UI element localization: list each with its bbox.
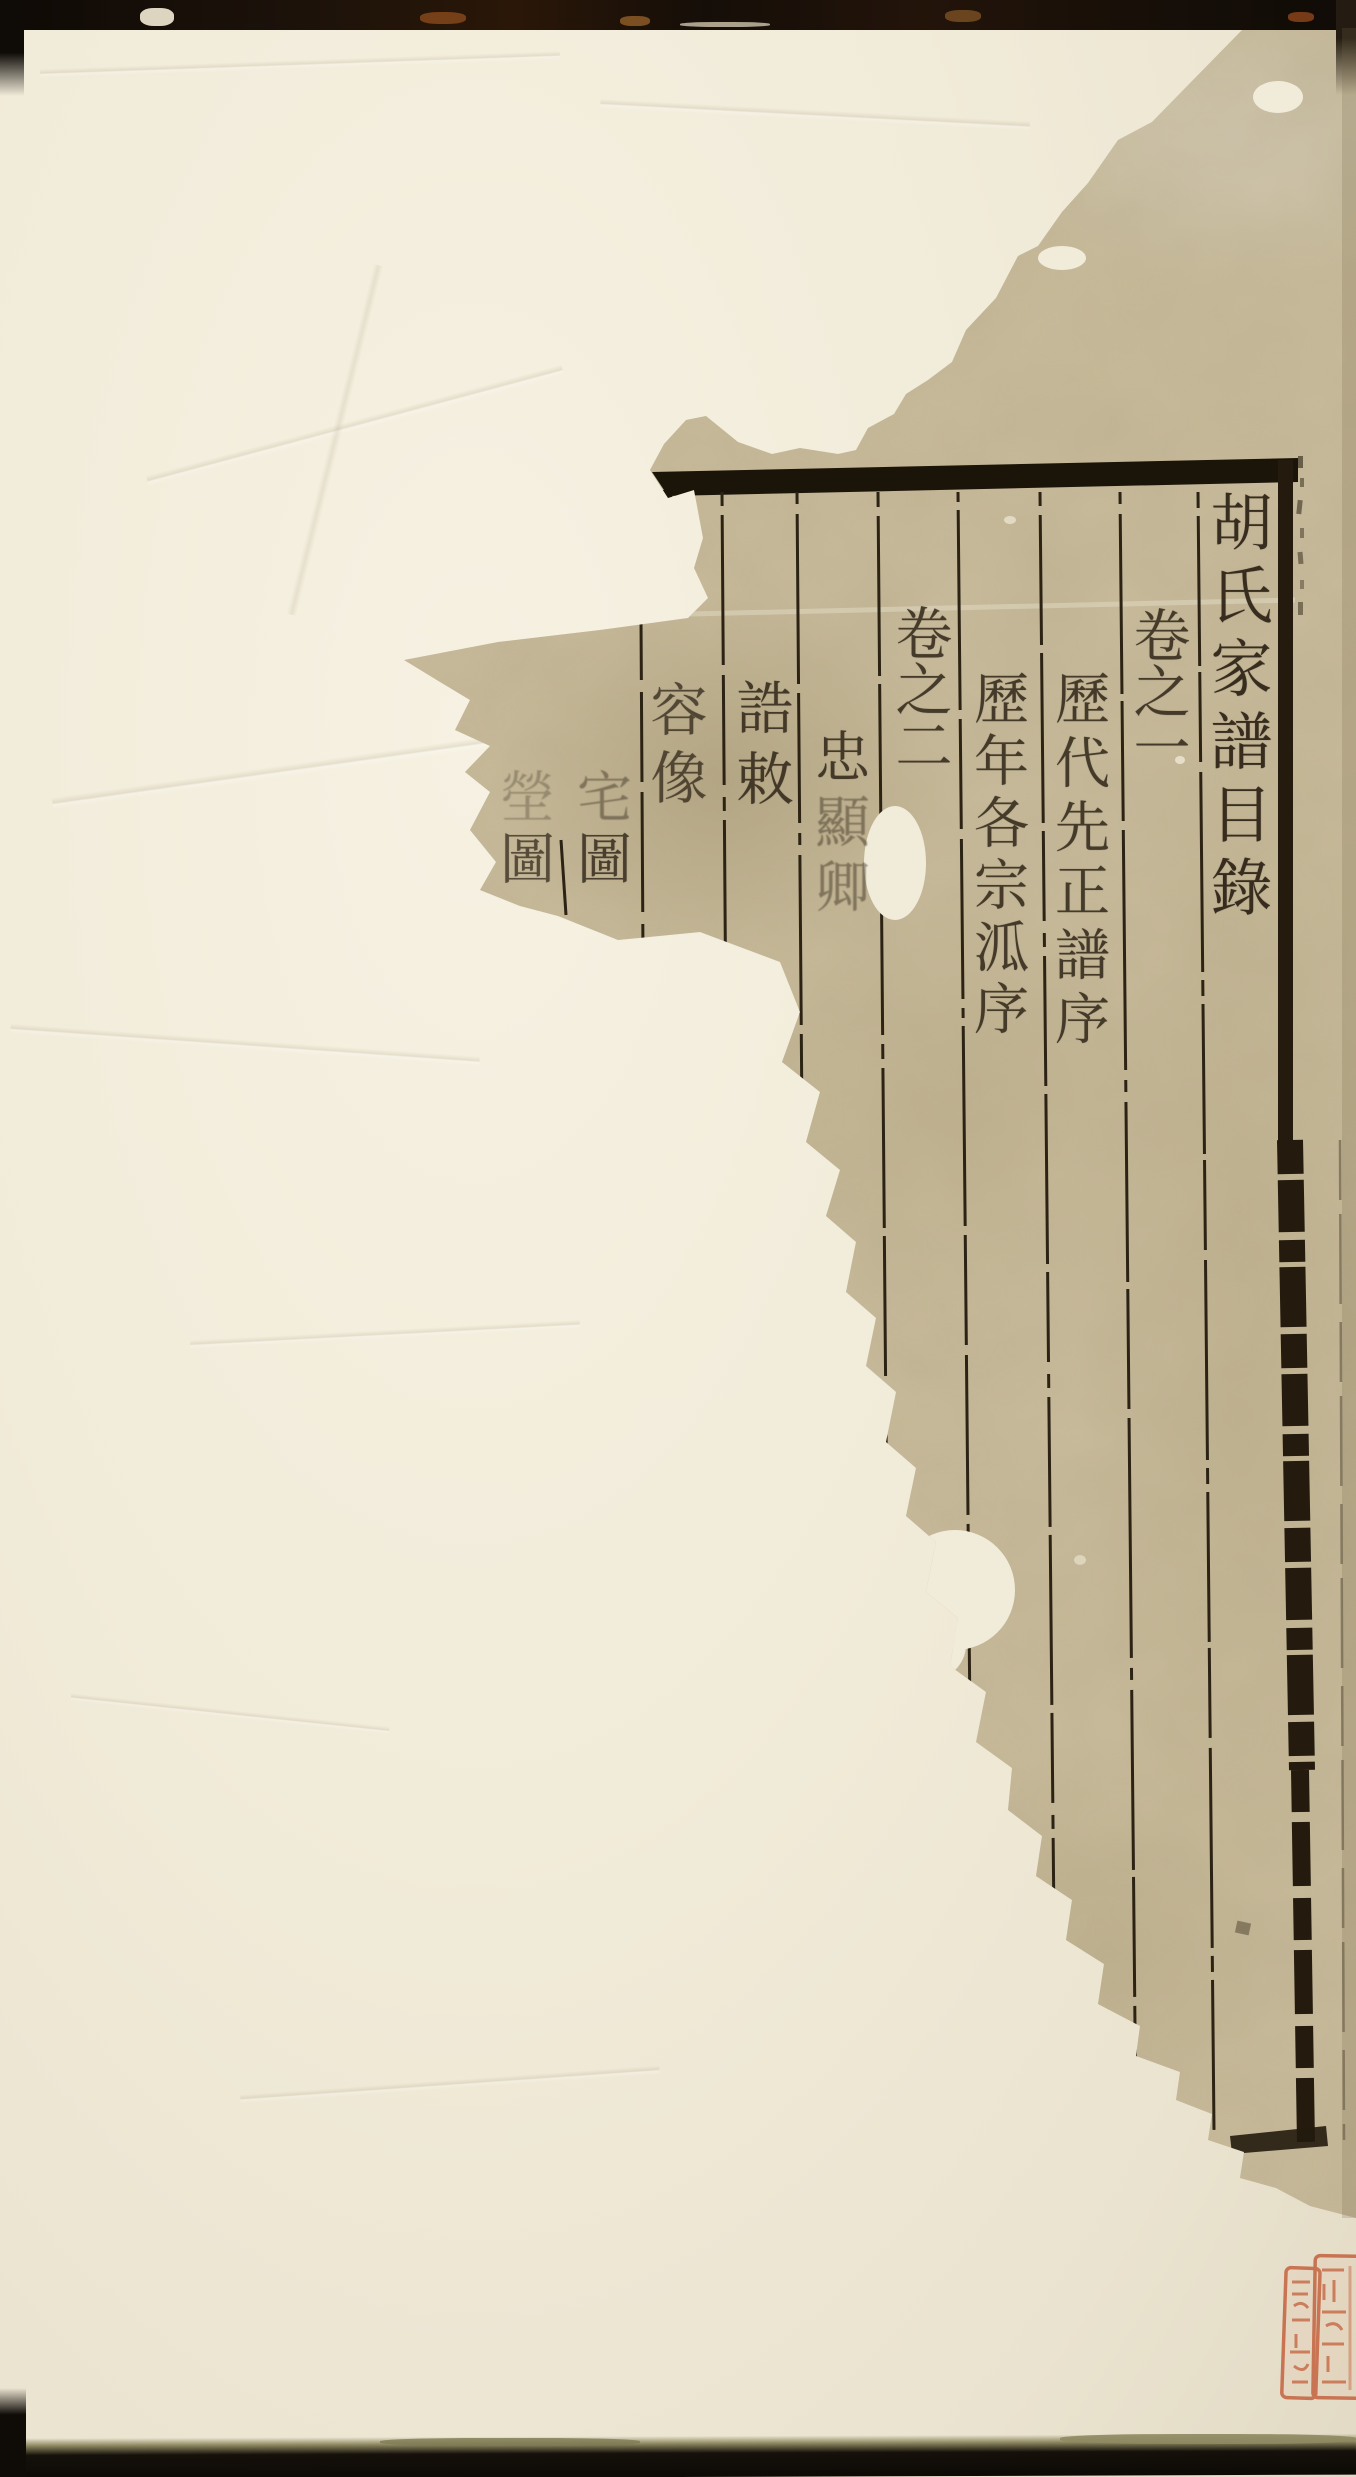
book-title-column: 胡氏家譜目錄 [1205,490,1267,928]
binding-speck [420,12,466,24]
toc-entry-gaochi: 誥敕 [731,678,788,820]
toc-entry-linian-gezong-paixu: 歷年各宗泒序 [969,670,1024,1042]
book-title-text: 胡氏家譜目錄 [1200,490,1273,928]
page-fragment-art [0,0,1356,2477]
scanned-page: 胡氏家譜目錄 卷之一 歷代先正譜序 歷年各宗泒序 卷之二 忠顯卿 誥敕 容像 宅… [0,0,1356,2477]
binding-speck [1060,2434,1356,2444]
collector-seal [1282,2256,1356,2399]
left-edge-shadow-bottom [0,2388,26,2477]
binding-speck [680,22,770,27]
wormhole [824,360,840,380]
binding-speck [140,8,174,26]
volume-2-heading: 卷之二 [890,604,947,772]
toc-entry-lidai-xianzheng-puxu: 歷代先正譜序 [1050,670,1105,1054]
binding-speck [1288,12,1314,22]
right-page-edge-strip [1342,28,1356,2218]
toc-entry-zhong-damaged: 忠顯卿 [810,728,865,923]
binding-speck [620,16,650,26]
toc-entry-rongxiang: 容像 [645,680,702,816]
left-edge-shadow-top [0,0,24,96]
torn-page-fragment [380,0,1356,2230]
toc-entry-zhaitu-damaged: 宅圖 [572,768,627,892]
volume-1-heading: 卷之一 [1128,606,1185,774]
binding-speck [380,2438,640,2446]
top-binding-edge [0,0,1356,30]
toc-entry-yingtu-damaged: 塋圖 [495,768,550,892]
binding-speck [945,10,981,22]
